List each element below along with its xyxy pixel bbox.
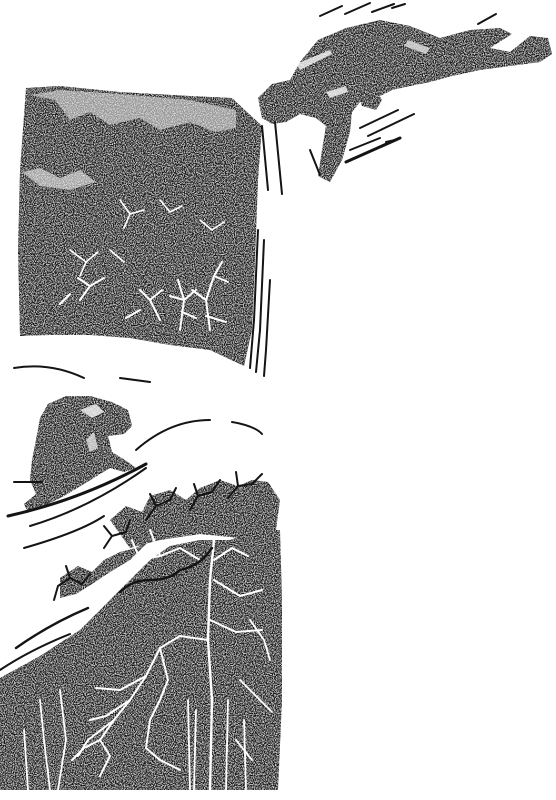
upper-skier (258, 20, 552, 182)
woodcut-illustration (0, 0, 556, 800)
illustration-canvas: Skiers descending snowy slopes (0, 0, 556, 800)
upper-forest-valley (18, 86, 262, 366)
